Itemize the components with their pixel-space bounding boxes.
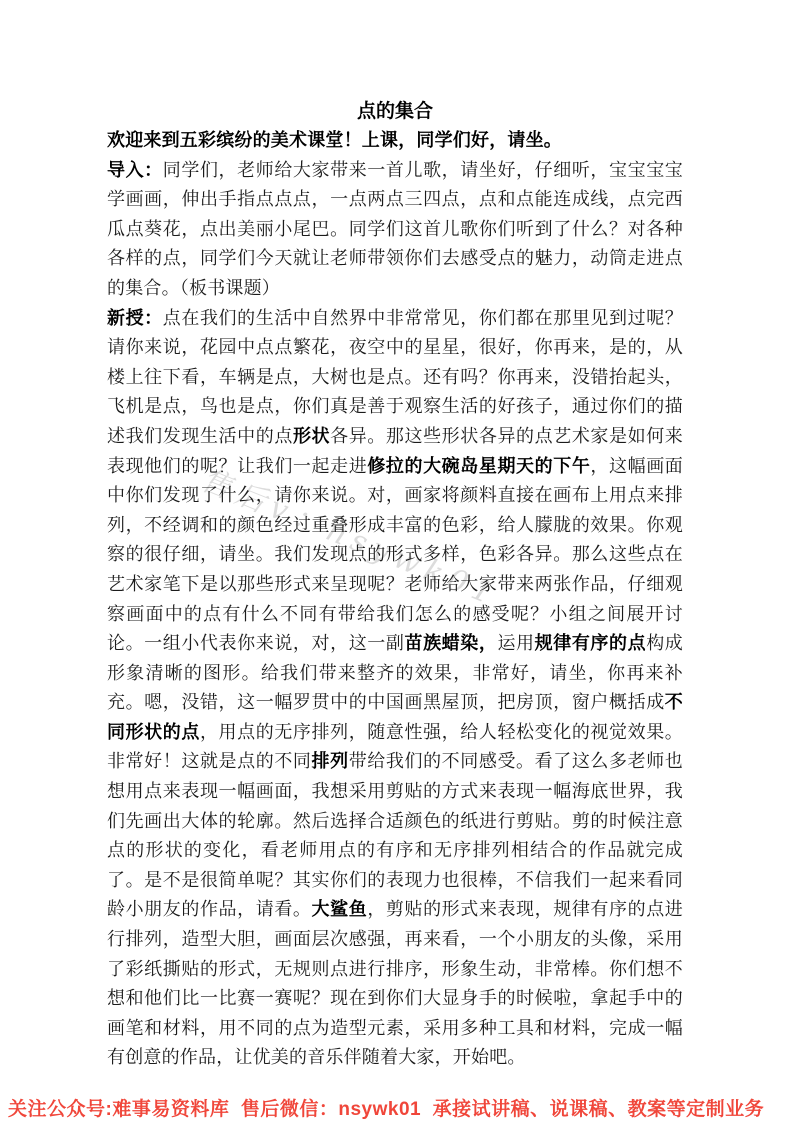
text-run-bold: 欢迎来到五彩缤纷的美术课堂！上课，同学们好，请坐。 <box>107 130 562 151</box>
paragraph-lead-in: 导入：同学们，老师给大家带来一首儿歌，请坐好，仔细听，宝宝宝宝学画画，伸出手指点… <box>107 156 683 304</box>
text-run-bold: 规律有序的点 <box>535 633 647 654</box>
text-run: 同学们，老师给大家带来一首儿歌，请坐好，仔细听，宝宝宝宝学画画，伸出手指点点点，… <box>107 160 683 299</box>
text-run-bold: 苗族蜡染， <box>404 633 497 654</box>
paragraph-greeting: 欢迎来到五彩缤纷的美术课堂！上课，同学们好，请坐。 <box>107 126 683 156</box>
footer-banner: 关注公众号:难事易资料库 售后微信：nsywk01 承接试讲稿、说课稿、教案等定… <box>0 1092 793 1122</box>
text-run-bold: 大鲨鱼 <box>312 899 368 920</box>
document-content: 点的集合 欢迎来到五彩缤纷的美术课堂！上课，同学们好，请坐。导入：同学们，老师给… <box>0 0 793 1073</box>
text-run: 带给我们的不同感受。看了这么多老师也想用点来表现一幅画面，我想采用剪贴的方式来表… <box>107 751 683 920</box>
document-page: 售后v：nsywk01 点的集合 欢迎来到五彩缤纷的美术课堂！上课，同学们好，请… <box>0 0 793 1122</box>
text-run: 运用 <box>497 633 534 654</box>
text-run: ，这幅画面中你们发现了什么，请你来说。对，画家将颜料直接在画布上用点来排列，不经… <box>107 456 683 655</box>
document-title: 点的集合 <box>107 96 683 126</box>
document-body: 欢迎来到五彩缤纷的美术课堂！上课，同学们好，请坐。导入：同学们，老师给大家带来一… <box>107 126 683 1073</box>
text-run-bold: 导入： <box>107 160 163 181</box>
text-run-bold: 排列 <box>312 751 349 772</box>
text-run: ，剪贴的形式来表现，规律有序的点进行排列，造型大胆，画面层次感强，再来看，一个小… <box>107 899 683 1068</box>
footer-promo-text: 关注公众号:难事易资料库 售后微信：nsywk01 承接试讲稿、说课稿、教案等定… <box>0 1094 764 1121</box>
text-run-bold: 新授： <box>107 308 163 329</box>
text-run-bold: 修拉的大碗岛星期天的下午 <box>367 456 590 477</box>
text-run-bold: 形状 <box>293 426 330 447</box>
paragraph-new-lesson: 新授：点在我们的生活中自然界中非常常见，你们都在那里见到过呢？请你来说，花园中点… <box>107 304 683 1073</box>
